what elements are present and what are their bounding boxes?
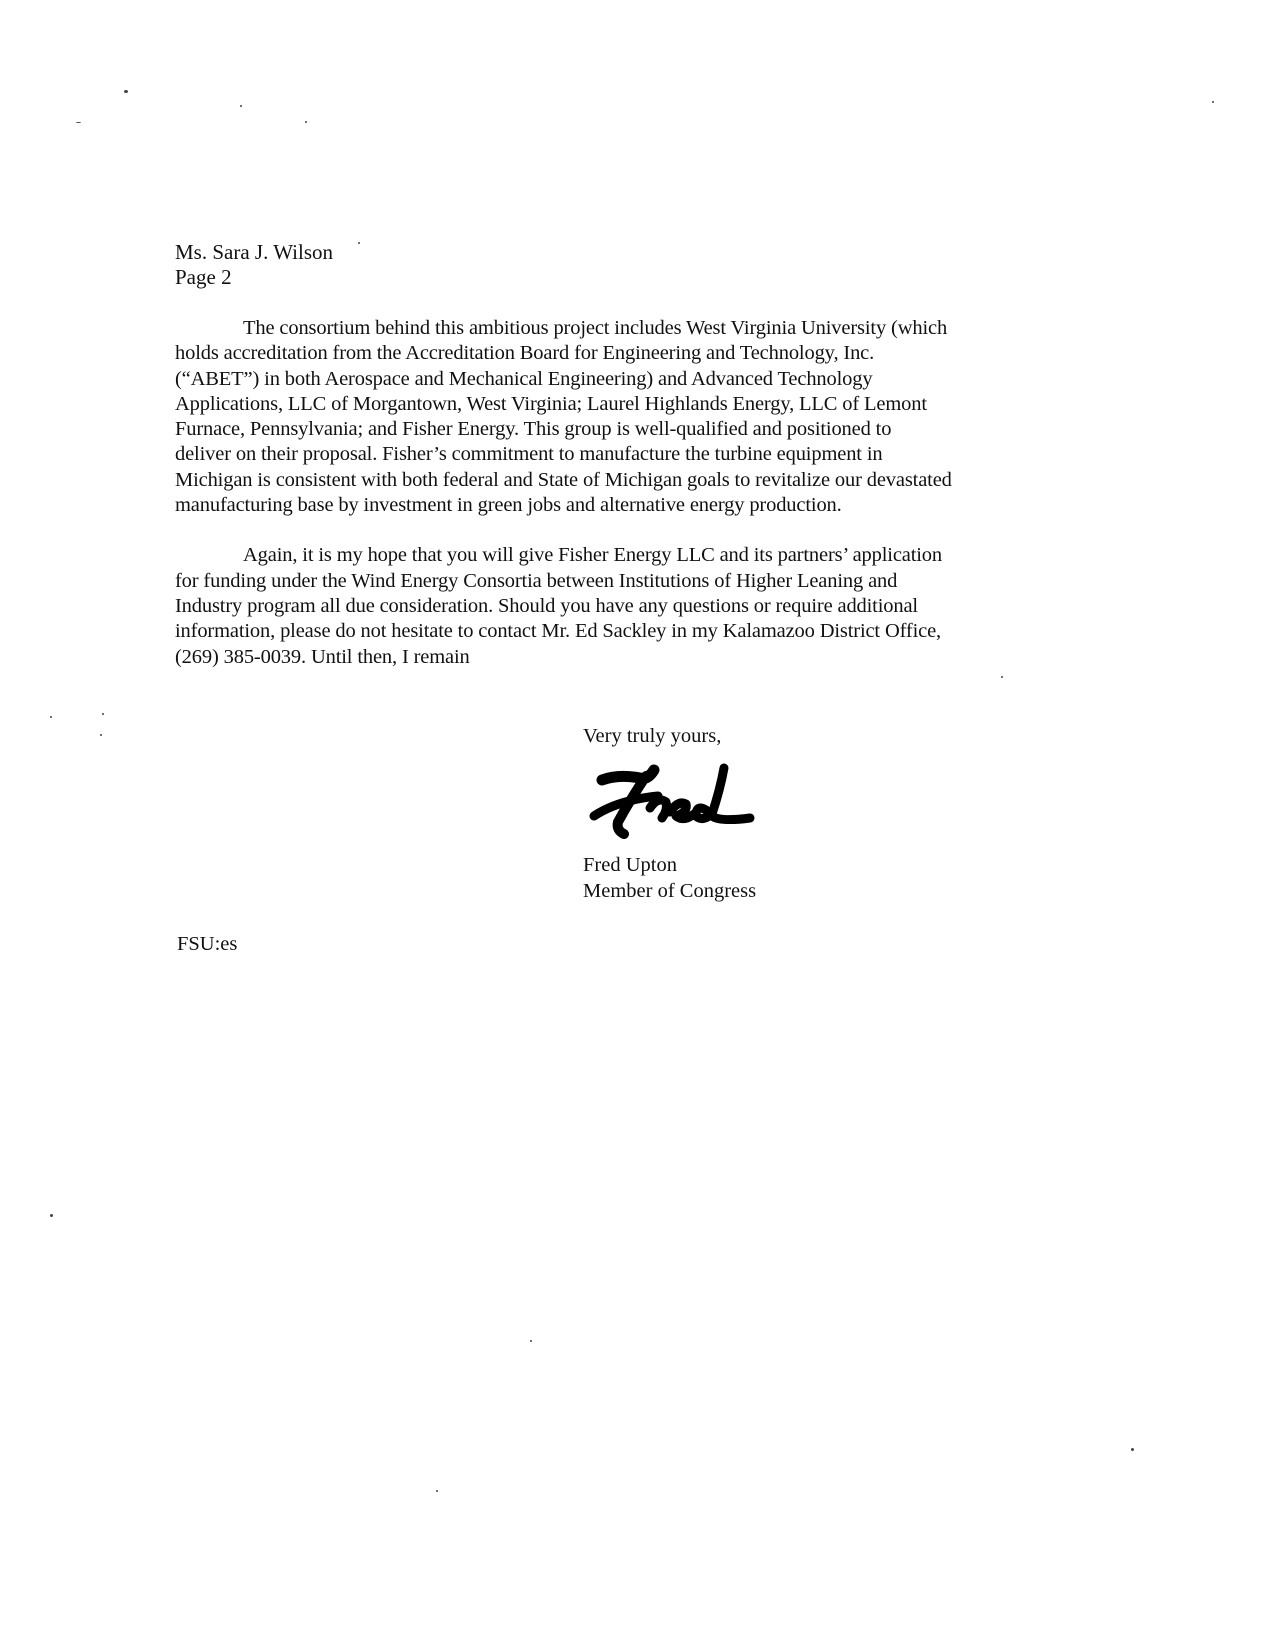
scan-speck: [76, 122, 81, 123]
paragraph-request: Again, it is my hope that you will give …: [175, 543, 1055, 669]
handwritten-signature-icon: [588, 760, 758, 840]
reference-initials: FSU:es: [177, 932, 237, 957]
complimentary-close: Very truly yours,: [583, 724, 721, 749]
body-line: Furnace, Pennsylvania; and Fisher Energy…: [175, 417, 1055, 442]
body-line: Applications, LLC of Morgantown, West Vi…: [175, 392, 1055, 417]
body-line: Michigan is consistent with both federal…: [175, 468, 1055, 493]
letter-body: The consortium behind this ambitious pro…: [175, 316, 1055, 695]
recipient-name: Ms. Sara J. Wilson: [175, 240, 333, 265]
scan-speck: [102, 713, 104, 715]
scan-speck: [1131, 1448, 1134, 1451]
signer-name: Fred Upton: [583, 852, 756, 878]
body-line: manufacturing base by investment in gree…: [175, 493, 1055, 518]
scan-speck: [100, 734, 102, 736]
scan-speck: [1212, 101, 1214, 103]
scan-speck: [124, 90, 128, 93]
body-line: (“ABET”) in both Aerospace and Mechanica…: [175, 367, 1055, 392]
scan-speck: [436, 1490, 438, 1492]
letter-header: Ms. Sara J. Wilson Page 2: [175, 240, 333, 290]
letter-page: Ms. Sara J. Wilson Page 2 The consortium…: [0, 0, 1270, 1652]
scan-speck: [50, 716, 52, 718]
body-line: for funding under the Wind Energy Consor…: [175, 569, 1055, 594]
body-line: holds accreditation from the Accreditati…: [175, 341, 1055, 366]
signer-block: Fred Upton Member of Congress: [583, 852, 756, 904]
paragraph-consortium: The consortium behind this ambitious pro…: [175, 316, 1055, 518]
scan-speck: [240, 105, 242, 107]
page-number: Page 2: [175, 265, 333, 290]
signer-title: Member of Congress: [583, 878, 756, 904]
body-line: information, please do not hesitate to c…: [175, 619, 1055, 644]
scan-speck: [1001, 676, 1003, 678]
scan-speck: [305, 121, 307, 123]
body-line: Again, it is my hope that you will give …: [175, 543, 1055, 568]
body-line: (269) 385-0039. Until then, I remain: [175, 645, 1055, 670]
body-line: deliver on their proposal. Fisher’s comm…: [175, 442, 1055, 467]
scan-speck: [50, 1214, 53, 1217]
body-line: The consortium behind this ambitious pro…: [175, 316, 1055, 341]
scan-speck: [358, 242, 360, 244]
scan-speck: [530, 1340, 532, 1342]
body-line: Industry program all due consideration. …: [175, 594, 1055, 619]
